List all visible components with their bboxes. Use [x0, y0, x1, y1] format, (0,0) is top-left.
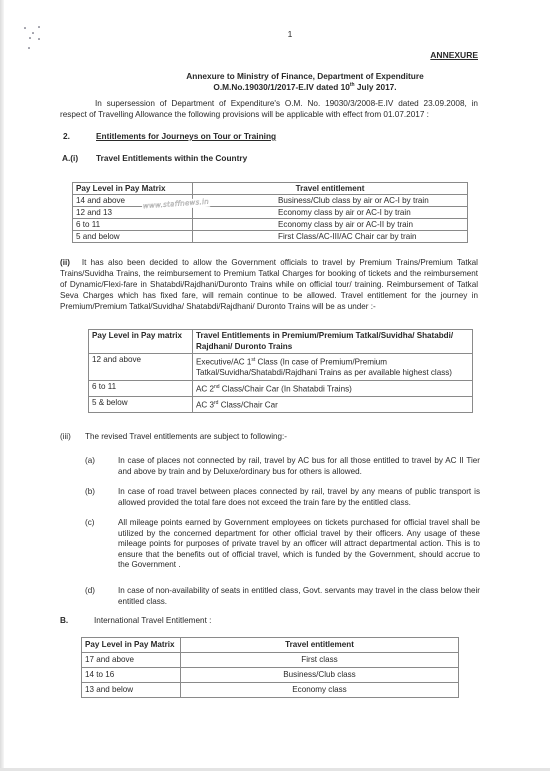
entitlement-cell: First Class/AC-III/AC Chair car by train: [193, 231, 468, 243]
table-row: 17 and aboveFirst class: [82, 653, 459, 668]
entitlement-cell: Economy class by air or AC-I by train: [193, 207, 468, 219]
header-pay-level: Pay Level in Pay Matrix: [82, 638, 181, 653]
pay-level-cell: 5 and below: [73, 231, 193, 243]
header-pay-level: Pay Level in Pay Matrix: [73, 183, 193, 195]
table-row: 13 and belowEconomy class: [82, 683, 459, 698]
condition-item-a: (a) In case of places not connected by r…: [85, 456, 480, 477]
header-pay-level: Pay Level in Pay matrix: [89, 330, 193, 354]
table-header-row: Pay Level in Pay matrix Travel Entitleme…: [89, 330, 473, 354]
pay-level-cell: 6 to 11: [73, 219, 193, 231]
section-2-number: 2.: [63, 131, 70, 142]
section-b-title: International Travel Entitlement :: [94, 616, 211, 625]
table-row: 14 to 16Business/Club class: [82, 668, 459, 683]
document-heading: Annexure to Ministry of Finance, Departm…: [0, 71, 550, 93]
section-b-label: B.: [60, 616, 94, 627]
condition-item-c: (c) All mileage points earned by Governm…: [85, 518, 480, 571]
section-a-label: A.(i): [62, 153, 78, 164]
condition-item-d: (d) In case of non-availability of seats…: [85, 586, 480, 607]
paragraph-iii-text: The revised Travel entitlements are subj…: [85, 432, 287, 441]
pay-level-cell: 14 to 16: [82, 668, 181, 683]
annexure-label: ANNEXURE: [430, 50, 478, 61]
paragraph-ii-text: It has also been decided to allow the Go…: [60, 258, 478, 311]
entitlement-cell: Executive/AC 1st Class (In case of Premi…: [193, 354, 473, 381]
premium-trains-table: Pay Level in Pay matrix Travel Entitleme…: [88, 329, 473, 413]
table-header-row: Pay Level in Pay Matrix Travel entitleme…: [73, 183, 468, 195]
entitlement-cell: Economy class by air or AC-II by train: [193, 219, 468, 231]
item-label: (c): [85, 518, 94, 529]
paragraph-iii: (iii)The revised Travel entitlements are…: [60, 432, 480, 442]
international-entitlement-table: Pay Level in Pay Matrix Travel entitleme…: [81, 637, 459, 698]
intro-paragraph: In supersession of Department of Expendi…: [60, 99, 478, 120]
heading-line-1: Annexure to Ministry of Finance, Departm…: [60, 71, 550, 82]
condition-item-b: (b) In case of road travel between place…: [85, 487, 480, 508]
table-row: 12 and 13Economy class by air or AC-I by…: [73, 207, 468, 219]
table-row: 12 and above Executive/AC 1st Class (In …: [89, 354, 473, 381]
table-header-row: Pay Level in Pay Matrix Travel entitleme…: [82, 638, 459, 653]
table-row: 5 & below AC 3rd Class/Chair Car: [89, 396, 473, 412]
entitlement-cell: AC 2nd Class/Chair Car (In Shatabdi Trai…: [193, 380, 473, 396]
item-label: (d): [85, 586, 95, 597]
item-label: (a): [85, 456, 95, 467]
pay-level-cell: 6 to 11: [89, 380, 193, 396]
item-text: All mileage points earned by Government …: [118, 518, 480, 571]
section-a-title: Travel Entitlements within the Country: [96, 153, 247, 164]
section-2-title: Entitlements for Journeys on Tour or Tra…: [96, 131, 276, 142]
table-row: 6 to 11 AC 2nd Class/Chair Car (In Shata…: [89, 380, 473, 396]
page-number: 1: [0, 29, 550, 40]
header-entitlement: Travel entitlement: [193, 183, 468, 195]
paragraph-ii-label: (ii): [60, 258, 70, 267]
pay-level-cell: 13 and below: [82, 683, 181, 698]
pay-level-cell: 12 and above: [89, 354, 193, 381]
header-entitlement: Travel entitlement: [181, 638, 459, 653]
entitlement-cell: Business/Club class by air or AC-I by tr…: [193, 195, 468, 207]
item-label: (b): [85, 487, 95, 498]
domestic-entitlement-table: Pay Level in Pay Matrix Travel entitleme…: [72, 182, 468, 243]
item-text: In case of road travel between places co…: [118, 487, 480, 508]
table-row: 6 to 11Economy class by air or AC-II by …: [73, 219, 468, 231]
table-row: 5 and belowFirst Class/AC-III/AC Chair c…: [73, 231, 468, 243]
heading-line-2: O.M.No.19030/1/2017-E.IV dated 10th July…: [60, 82, 550, 93]
section-b-heading: B.International Travel Entitlement :: [60, 616, 211, 627]
item-text: In case of places not connected by rail,…: [118, 456, 480, 477]
paragraph-ii: (ii)It has also been decided to allow th…: [60, 257, 478, 312]
pay-level-cell: 17 and above: [82, 653, 181, 668]
header-entitlement: Travel Entitlements in Premium/Premium T…: [193, 330, 473, 354]
page-edge: [0, 0, 4, 771]
entitlement-cell: Economy class: [181, 683, 459, 698]
entitlement-cell: AC 3rd Class/Chair Car: [193, 396, 473, 412]
item-text: In case of non-availability of seats in …: [118, 586, 480, 607]
entitlement-cell: First class: [181, 653, 459, 668]
paragraph-iii-label: (iii): [60, 432, 85, 442]
pay-level-cell: 5 & below: [89, 396, 193, 412]
entitlement-cell: Business/Club class: [181, 668, 459, 683]
table-row: 14 and aboveBusiness/Club class by air o…: [73, 195, 468, 207]
